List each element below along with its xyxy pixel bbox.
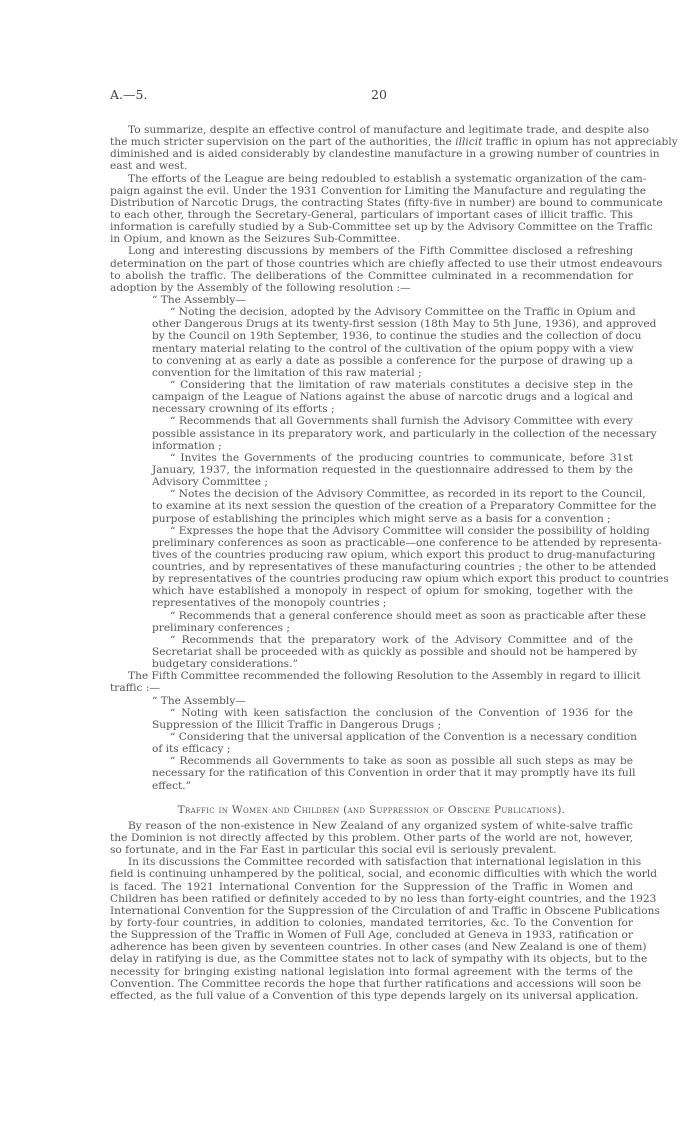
resolution-opening: “ The Assembly—	[152, 695, 633, 707]
text-line: Suppression of the Illicit Traffic in Da…	[152, 719, 633, 731]
text-line: Secretariat shall be proceeded with as q…	[152, 646, 633, 658]
text-line: delay in ratifying is due, as the Commit…	[110, 953, 633, 965]
text-line: “ Expresses the hope that the Advisory C…	[152, 525, 633, 537]
text-line: necessity for bringing existing national…	[110, 966, 633, 978]
text-line: to convening at as early a date as possi…	[152, 355, 633, 367]
clause-invites: “ Invites the Governments of the produci…	[110, 452, 633, 488]
text-line: determination on the part of those count…	[110, 258, 633, 270]
clause-considering: “ Considering that the limitation of raw…	[110, 379, 633, 415]
clause-notes: “ Notes the decision of the Advisory Com…	[110, 488, 633, 524]
text-line: Advisory Committee ;	[152, 476, 633, 488]
text-line: so fortunate, and in the Far East in par…	[110, 844, 633, 856]
text-line: which have established a monopoly in res…	[152, 585, 633, 597]
text-line: adherence has been given by seventeen co…	[110, 941, 633, 953]
clause-recommends: “ Recommends all Governments to take as …	[110, 755, 633, 791]
paper-reference: A.—5.	[110, 87, 147, 102]
section-heading: Traffic in Women and Children (and Suppr…	[110, 804, 633, 816]
text-line: by forty-four countries, in addition to …	[110, 917, 633, 929]
text-line: diminished and is aided considerably by …	[110, 148, 633, 160]
text-line: Long and interesting discussions by memb…	[110, 245, 633, 257]
paragraph-new-zealand: By reason of the non-existence in New Ze…	[110, 820, 633, 856]
resolution-opium: “ The Assembly— “ Noting the decision, a…	[110, 294, 633, 670]
text-line: “ Invites the Governments of the produci…	[152, 452, 633, 464]
text-line: by the Council on 19th September, 1936, …	[152, 330, 633, 342]
text-line: “ Considering that the universal applica…	[152, 731, 633, 743]
text-line: tives of the countries producing raw opi…	[152, 549, 633, 561]
clause-recommends-assistance: “ Recommends that all Governments shall …	[110, 415, 633, 451]
text-line: other Dangerous Drugs at its twenty-firs…	[152, 318, 633, 330]
text-line: information is carefully studied by a Su…	[110, 221, 633, 233]
clause-noting: “ Noting the decision, adopted by the Ad…	[110, 306, 633, 379]
text-line: traffic :—	[110, 682, 633, 694]
paragraph-illicit-intro: The Fifth Committee recommended the foll…	[110, 670, 633, 694]
text-line: budgetary considerations.”	[152, 658, 633, 670]
text-line: International Convention for the Suppres…	[110, 905, 633, 917]
text-line: possible assistance in its preparatory w…	[152, 428, 633, 440]
emphasis: illicit	[455, 136, 482, 148]
text-line: In its discussions the Committee recorde…	[110, 856, 633, 868]
text-line: to examine at its next session the quest…	[152, 500, 633, 512]
text-line: effect.”	[152, 780, 633, 792]
text-line: paign against the evil. Under the 1931 C…	[110, 185, 633, 197]
text-line: to each other, through the Secretary-Gen…	[110, 209, 633, 221]
clause-expresses-hope: “ Expresses the hope that the Advisory C…	[110, 525, 633, 610]
clause-recommends-conference: “ Recommends that a general conference s…	[110, 610, 633, 634]
text-line: in Opium, and known as the Seizures Sub-…	[110, 233, 633, 245]
text-line: “ Recommends that a general conference s…	[152, 610, 633, 622]
text-line: adoption by the Assembly of the followin…	[110, 282, 633, 294]
text-line: Convention. The Committee records the ho…	[110, 978, 633, 990]
text-line: To summarize, despite an effective contr…	[110, 124, 633, 136]
text-line: of its efficacy ;	[152, 743, 633, 755]
text-line: preliminary conferences as soon as pract…	[152, 537, 633, 549]
text-line: mentary material relating to the control…	[152, 343, 633, 355]
text-line: Children has been ratified or definitely…	[110, 893, 633, 905]
text-line: “ Recommends all Governments to take as …	[152, 755, 633, 767]
text-line: necessary crowning of its efforts ;	[152, 403, 633, 415]
text-line: campaign of the League of Nations agains…	[152, 391, 633, 403]
text-line: the much stricter supervision on the par…	[110, 136, 633, 148]
resolution-opening: “ The Assembly—	[152, 294, 633, 306]
text-line: is faced. The 1921 International Convent…	[110, 881, 633, 893]
document-body: To summarize, despite an effective contr…	[110, 124, 633, 1002]
resolution-illicit-traffic: “ The Assembly— “ Noting with keen satis…	[110, 695, 633, 792]
spacer	[110, 792, 633, 804]
text-line: preliminary conferences ;	[152, 622, 633, 634]
text-line: “ Notes the decision of the Advisory Com…	[152, 488, 633, 500]
text-line: by representatives of the countries prod…	[152, 573, 633, 585]
text-line: the Dominion is not directly affected by…	[110, 832, 633, 844]
text-line: east and west.	[110, 160, 633, 172]
text-line: “ Recommends that the preparatory work o…	[152, 634, 633, 646]
page-header: A.—5. 20	[110, 87, 633, 103]
text-line: “ Considering that the limitation of raw…	[152, 379, 633, 391]
paragraph-discussions: Long and interesting discussions by memb…	[110, 245, 633, 294]
clause-recommends-preparatory-work: “ Recommends that the preparatory work o…	[110, 634, 633, 670]
paragraph-committee-discussions: In its discussions the Committee recorde…	[110, 856, 633, 1002]
text-line: Distribution of Narcotic Drugs, the cont…	[110, 197, 633, 209]
text-line: “ Noting the decision, adopted by the Ad…	[152, 306, 633, 318]
text-line: The Fifth Committee recommended the foll…	[110, 670, 633, 682]
text-line: to abolish the traffic. The deliberation…	[110, 270, 633, 282]
text-line: the Suppression of the Traffic in Women …	[110, 929, 633, 941]
text-line: countries, and by representatives of the…	[152, 561, 633, 573]
paragraph-opium-summary: To summarize, despite an effective contr…	[110, 124, 633, 173]
text-line: purpose of establishing the principles w…	[152, 513, 633, 525]
paragraph-league-efforts: The efforts of the League are being redo…	[110, 173, 633, 246]
clause-noting: “ Noting with keen satisfaction the conc…	[110, 707, 633, 731]
text-line: By reason of the non-existence in New Ze…	[110, 820, 633, 832]
text-line: representatives of the monopoly countrie…	[152, 597, 633, 609]
text-line: information ;	[152, 440, 633, 452]
text-line: “ Noting with keen satisfaction the conc…	[152, 707, 633, 719]
text-line: The efforts of the League are being redo…	[110, 173, 633, 185]
text-line: necessary for the ratification of this C…	[152, 767, 633, 779]
text-line: field is continuing unhampered by the po…	[110, 868, 633, 880]
page-number: 20	[371, 87, 401, 102]
text-line: January, 1937, the information requested…	[152, 464, 633, 476]
clause-considering: “ Considering that the universal applica…	[110, 731, 633, 755]
text-line: convention for the limitation of this ra…	[152, 367, 633, 379]
text-line: “ Recommends that all Governments shall …	[152, 415, 633, 427]
text-line: effected, as the full value of a Convent…	[110, 990, 633, 1002]
